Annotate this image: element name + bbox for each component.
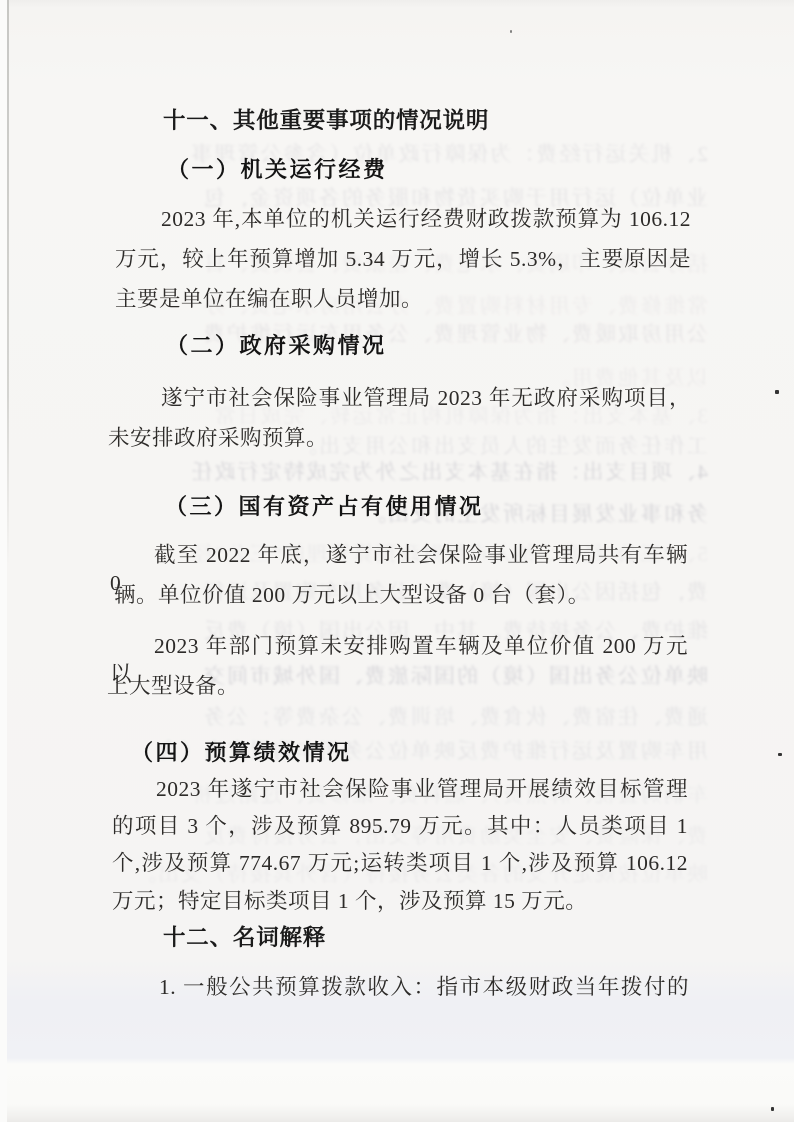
body-line: 主要是单位在编在职人员增加。 — [115, 285, 423, 313]
subsection-heading: （三）国有资产占有使用情况 — [165, 493, 484, 521]
scan-speck — [775, 390, 779, 394]
body-line: 万元，较上年预算增加 5.34 万元，增长 5.3%，主要原因是 — [115, 245, 691, 273]
section-heading: 十二、名词解释 — [163, 924, 326, 952]
subsection-heading: （四）预算绩效情况 — [131, 739, 352, 767]
scan-speck — [510, 30, 512, 33]
body-line: 万元；特定目标类项目 1 个，涉及预算 15 万元。 — [112, 887, 587, 915]
document-page: 2、机关运行经费：为保障行政单位（含参公管理事 业单位）运行用于购买货物和服务的… — [0, 0, 794, 1122]
bleedthrough-line: 4、项目支出：指在基本支出之外为完成特定行政任 — [78, 456, 708, 482]
body-line: 1. 一般公共预算拨款收入：指市本级财政当年拨付的 — [113, 973, 689, 1001]
body-line: 上大型设备。 — [107, 672, 239, 700]
scan-edge-strip — [0, 0, 7, 1122]
scan-speck — [771, 1107, 774, 1111]
subsection-heading: （一）机关运行经费 — [167, 156, 388, 184]
scan-speck — [778, 753, 782, 756]
body-line: 2023 年遂宁市社会保险事业管理局开展绩效目标管理 — [112, 775, 688, 803]
scan-edge-line — [7, 0, 9, 565]
body-line: 的项目 3 个，涉及预算 895.79 万元。其中：人员类项目 1 — [112, 812, 688, 840]
subsection-heading: （二）政府采购情况 — [166, 332, 387, 360]
body-line: 遂宁市社会保险事业管理局 2023 年无政府采购项目， — [115, 384, 691, 412]
section-heading: 十一、其他重要事项的情况说明 — [163, 107, 489, 135]
body-line: 辆。单位价值 200 万元以上大型设备 0 台（套）。 — [114, 581, 590, 609]
body-line: 未安排政府采购预算。 — [108, 424, 328, 452]
body-line: 个,涉及预算 774.67 万元;运转类项目 1 个,涉及预算 106.12 — [112, 849, 688, 877]
body-line: 2023 年,本单位的机关运行经费财政拨款预算为 106.12 — [115, 205, 691, 233]
bleedthrough-line: 通费、住宿费、伙食费、培训费、公杂费等；公务 — [78, 701, 708, 727]
